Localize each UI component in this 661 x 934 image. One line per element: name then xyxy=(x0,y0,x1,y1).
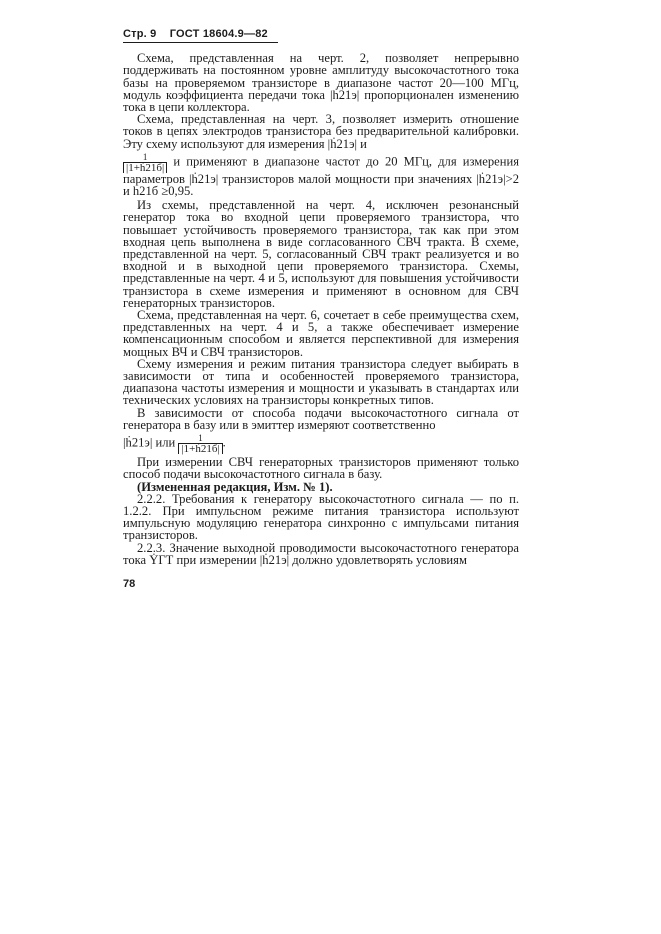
paragraph-scheme-6: Схема, представленная на черт. 6, сочета… xyxy=(123,309,519,358)
fraction-numerator: 1 xyxy=(123,152,167,162)
paragraph-signal-feed: В зависимости от способа подачи высокоча… xyxy=(123,407,519,431)
fraction-numerator-2: 1 xyxy=(178,433,222,443)
document-page: Стр. 9 ГОСТ 18604.9—82 Схема, представле… xyxy=(123,28,519,590)
h21e-formula: |ḣ21э| xyxy=(123,435,152,449)
paragraph-2-2-2: 2.2.2. Требования к генератору высокочас… xyxy=(123,493,519,542)
fraction-formula-2: 1 |1+ḣ21б| xyxy=(178,433,222,454)
fraction-formula: 1 |1+ḣ21б| xyxy=(123,152,167,173)
fraction-denominator-2: |1+ḣ21б| xyxy=(178,443,222,454)
paragraph-2-2-3: 2.2.3. Значение выходной проводимости вы… xyxy=(123,542,519,566)
paragraph-scheme-2: Схема, представленная на черт. 2, позвол… xyxy=(123,52,519,113)
standard-number: ГОСТ 18604.9—82 xyxy=(170,28,268,40)
paragraph-scheme-3-cont: 1 |1+ḣ21б| и применяют в диапазоне часто… xyxy=(123,152,519,197)
page-number: 78 xyxy=(123,578,519,590)
formula-period: . xyxy=(223,435,226,449)
paragraph-scheme-3-text: и применяют в диапазоне частот до 20 МГц… xyxy=(123,154,519,198)
paragraph-scheme-4-5: Из схемы, представленной на черт. 4, иск… xyxy=(123,199,519,309)
page-header: Стр. 9 ГОСТ 18604.9—82 xyxy=(123,28,278,43)
page-label: Стр. 9 xyxy=(123,28,156,40)
formula-line: |ḣ21э| или 1 |1+ḣ21б| . xyxy=(123,433,519,454)
paragraph-selection: Схему измерения и режим питания транзист… xyxy=(123,358,519,407)
amendment-note: (Измененная редакция, Изм. № 1). xyxy=(123,481,519,493)
paragraph-microwave: При измерении СВЧ генераторных транзисто… xyxy=(123,456,519,480)
or-word: или xyxy=(156,435,176,449)
paragraph-scheme-3: Схема, представленная на черт. 3, позвол… xyxy=(123,113,519,150)
